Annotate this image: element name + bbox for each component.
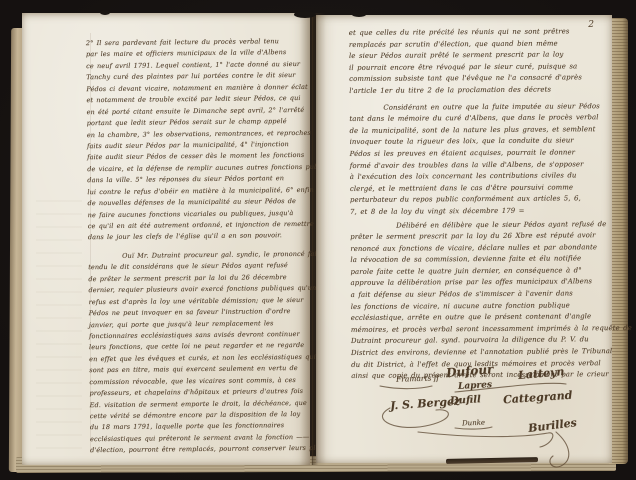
manuscript-line: 7, et 8 de la loy du vingt six décembre … xyxy=(350,206,612,219)
paragraph: Ouï Mr. Dutraint procureur gal. syndic, … xyxy=(88,250,312,458)
paragraph: Considérant en outre que la fuite imputé… xyxy=(349,102,612,220)
paragraph: et que celles du rite précité les réunis… xyxy=(349,27,611,98)
signature: Framarts ff xyxy=(396,373,439,383)
page-tear-mark xyxy=(352,12,366,17)
manuscript-line: d'élection, pourront être remplacés, pou… xyxy=(90,444,312,458)
signature: Lapres xyxy=(458,380,492,392)
right-page-text: et que celles du rite précité les réunis… xyxy=(349,27,613,384)
binding-gutter xyxy=(300,13,326,465)
binding-notch xyxy=(294,11,316,18)
manuscript-scan: 2° Il sera pardevant fait lecture du pro… xyxy=(0,0,636,480)
signature: Dunke xyxy=(462,419,485,428)
signature: Dufill xyxy=(450,394,481,407)
manuscript-line: l'article 1er du titre 2 de la proclamat… xyxy=(349,85,611,98)
page-tear-mark xyxy=(100,10,110,15)
ghost-ruled-lines xyxy=(36,200,82,460)
manuscript-line: dans le jour les clefs de l'église qu'il… xyxy=(88,231,310,245)
paragraph: 2° Il sera pardevant fait lecture du pro… xyxy=(86,37,310,245)
paragraph: Délibéré en délibère que le sieur Pédos … xyxy=(350,220,613,384)
left-page-text: 2° Il sera pardevant fait lecture du pro… xyxy=(86,37,312,458)
